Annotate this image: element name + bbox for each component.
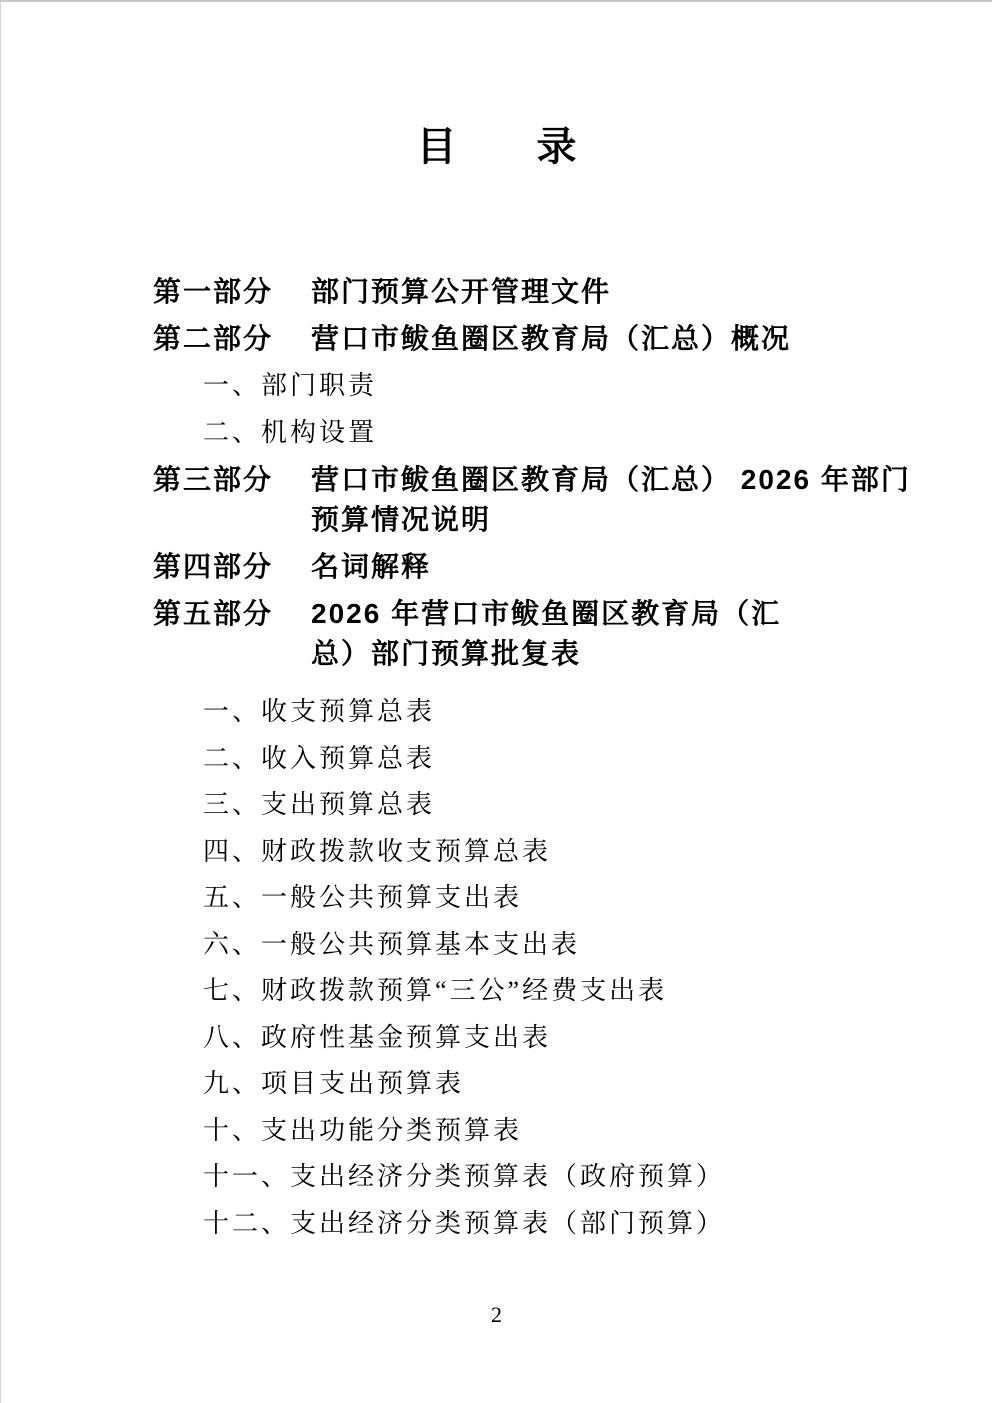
toc-item: 十二、支出经济分类预算表（部门预算）: [203, 1204, 932, 1244]
table-of-contents: 第一部分 部门预算公开管理文件 第二部分 营口市鲅鱼圈区教育局（汇总）概况 一、…: [1, 171, 992, 1250]
toc-item: 一、收支预算总表: [203, 692, 932, 732]
toc-part-content: 2026 年营口市鲅鱼圈区教育局（汇 总）部门预算批复表: [311, 594, 932, 674]
toc-part-2: 第二部分 营口市鲅鱼圈区教育局（汇总）概况: [153, 319, 932, 359]
toc-part-content: 营口市鲅鱼圈区教育局（汇总） 2026 年部门 预算情况说明: [311, 460, 932, 540]
toc-item: 五、一般公共预算支出表: [203, 878, 932, 918]
toc-part-content: 部门预算公开管理文件: [311, 272, 932, 312]
page-number: 2: [1, 1302, 992, 1328]
toc-part-label: 第二部分: [153, 319, 311, 359]
toc-item: 十、支出功能分类预算表: [203, 1111, 932, 1151]
toc-item: 六、一般公共预算基本支出表: [203, 925, 932, 965]
toc-item: 九、项目支出预算表: [203, 1064, 932, 1104]
toc-item: 二、收入预算总表: [203, 739, 932, 779]
toc-part-line: 总）部门预算批复表: [311, 634, 932, 674]
toc-part-1: 第一部分 部门预算公开管理文件: [153, 272, 932, 312]
toc-part-line: 名词解释: [311, 547, 932, 587]
toc-part-line: 营口市鲅鱼圈区教育局（汇总） 2026 年部门: [311, 460, 932, 500]
document-page: 目 录 第一部分 部门预算公开管理文件 第二部分 营口市鲅鱼圈区教育局（汇总）概…: [0, 0, 992, 1403]
toc-part-3: 第三部分 营口市鲅鱼圈区教育局（汇总） 2026 年部门 预算情况说明: [153, 460, 932, 540]
toc-item: 三、支出预算总表: [203, 785, 932, 825]
toc-subitem: 二、机构设置: [203, 413, 932, 453]
toc-part-content: 营口市鲅鱼圈区教育局（汇总）概况: [311, 319, 932, 359]
toc-subitem: 一、部门职责: [203, 366, 932, 406]
toc-part-4: 第四部分 名词解释: [153, 547, 932, 587]
toc-part-content: 名词解释: [311, 547, 932, 587]
toc-item: 十一、支出经济分类预算表（政府预算）: [203, 1157, 932, 1197]
page-title: 目 录: [1, 123, 992, 171]
toc-part-label: 第一部分: [153, 272, 311, 312]
toc-part-line: 营口市鲅鱼圈区教育局（汇总）概况: [311, 319, 932, 359]
toc-part-label: 第三部分: [153, 460, 311, 500]
toc-item: 四、财政拨款收支预算总表: [203, 832, 932, 872]
toc-item: 七、财政拨款预算“三公”经费支出表: [203, 971, 932, 1011]
toc-part-5: 第五部分 2026 年营口市鲅鱼圈区教育局（汇 总）部门预算批复表: [153, 594, 932, 674]
toc-part-line: 部门预算公开管理文件: [311, 272, 932, 312]
toc-part-line: 预算情况说明: [311, 500, 932, 540]
toc-part-line: 2026 年营口市鲅鱼圈区教育局（汇: [311, 594, 932, 634]
toc-part-label: 第四部分: [153, 547, 311, 587]
toc-item: 八、政府性基金预算支出表: [203, 1018, 932, 1058]
toc-part-label: 第五部分: [153, 594, 311, 634]
